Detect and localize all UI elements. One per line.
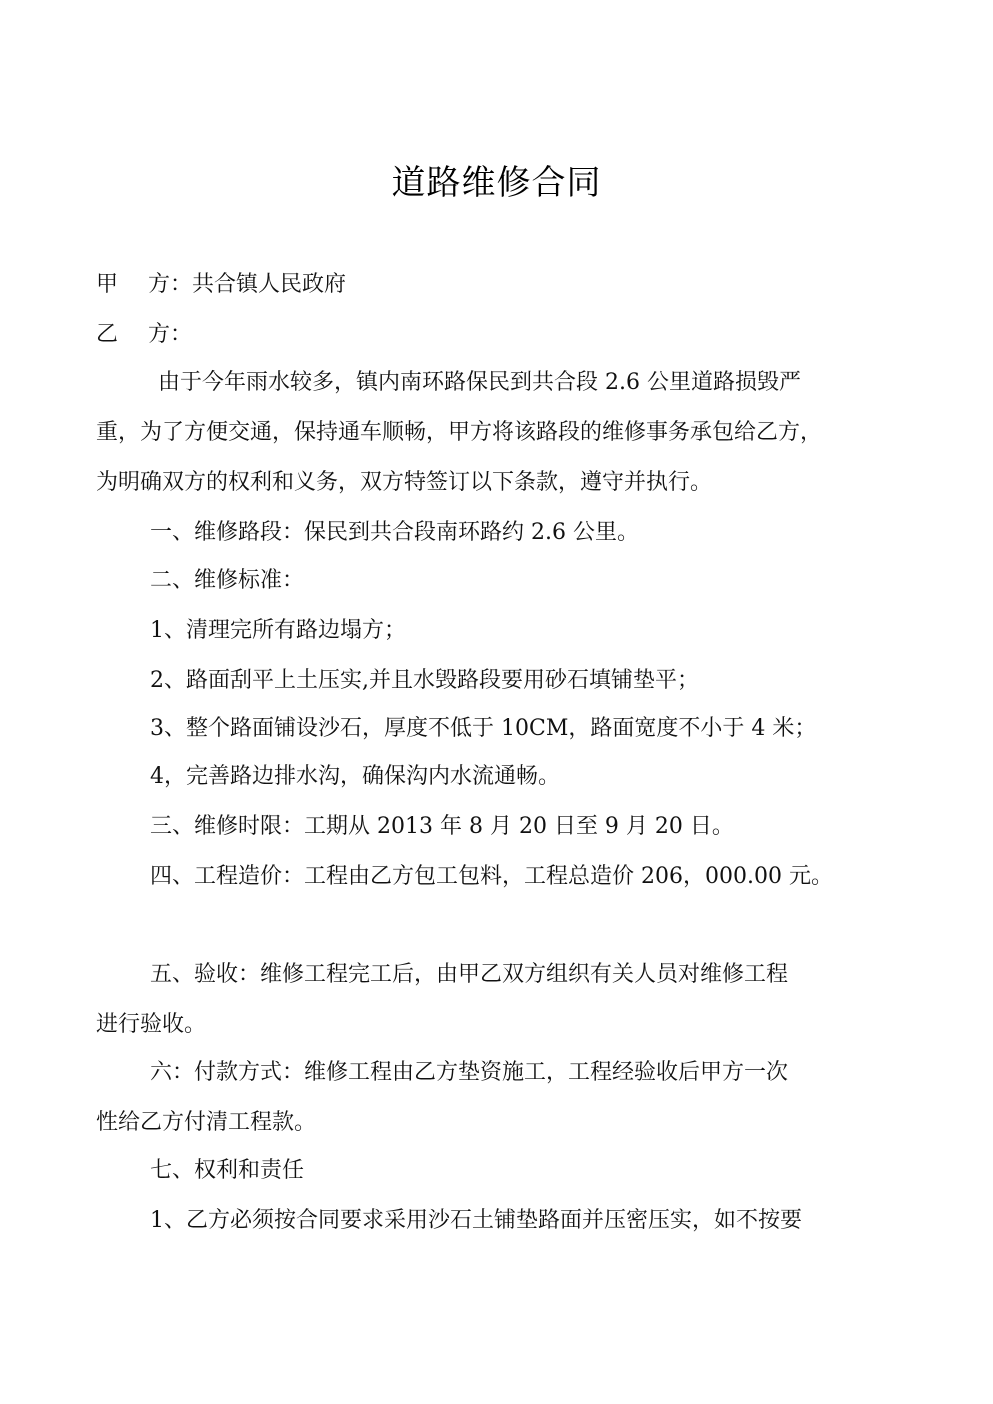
party-a-label-left: 甲 — [96, 270, 148, 300]
clause-5-line-2: 进行验收。 — [96, 1010, 206, 1040]
clause-7-item-1: 1、乙方必须按合同要求采用沙石土铺垫路面并压密压实，如不按要 — [150, 1206, 802, 1236]
clause-2-item-1: 1、清理完所有路边塌方； — [150, 616, 406, 646]
intro-line-1: 由于今年雨水较多，镇内南环路保民到共合段 2.6 公里道路损毁严 — [158, 368, 801, 398]
party-b-label-left: 乙 — [96, 320, 148, 350]
intro-line-2: 重，为了方便交通，保持通车顺畅，甲方将该路段的维修事务承包给乙方， — [96, 418, 822, 448]
party-a-value: 共合镇人民政府 — [192, 272, 346, 297]
document-title: 道路维修合同 — [0, 160, 993, 206]
clause-6-line-1: 六：付款方式：维修工程由乙方垫资施工，工程经验收后甲方一次 — [150, 1058, 788, 1088]
clause-7-heading: 七、权利和责任 — [150, 1156, 304, 1186]
document-page: 道路维修合同 甲方：共合镇人民政府 乙方： 由于今年雨水较多，镇内南环路保民到共… — [0, 0, 993, 1404]
clause-2-item-4: 4，完善路边排水沟，确保沟内水流通畅。 — [150, 762, 560, 792]
party-b-label-right: 方： — [148, 322, 192, 347]
party-b-line: 乙方： — [96, 320, 192, 350]
clause-2-item-3: 3、整个路面铺设沙石，厚度不低于 10CM，路面宽度不小于 4 米； — [150, 714, 816, 744]
party-a-line: 甲方：共合镇人民政府 — [96, 270, 346, 300]
clause-3-time-limit: 三、维修时限：工期从 2013 年 8 月 20 日至 9 月 20 日。 — [150, 812, 734, 842]
clause-2-heading: 二、维修标准： — [150, 566, 304, 596]
party-a-label-right: 方： — [148, 272, 192, 297]
clause-5-line-1: 五、验收：维修工程完工后，由甲乙双方组织有关人员对维修工程 — [150, 960, 788, 990]
intro-line-3: 为明确双方的权利和义务，双方特签订以下条款，遵守并执行。 — [96, 468, 712, 498]
clause-6-line-2: 性给乙方付清工程款。 — [96, 1108, 316, 1138]
clause-2-item-2: 2、路面刮平上土压实,并且水毁路段要用砂石填铺垫平； — [150, 666, 699, 696]
clause-1-section: 一、维修路段：保民到共合段南环路约 2.6 公里。 — [150, 518, 639, 548]
clause-4-cost: 四、工程造价：工程由乙方包工包料，工程总造价 206，000.00 元。 — [150, 862, 833, 892]
